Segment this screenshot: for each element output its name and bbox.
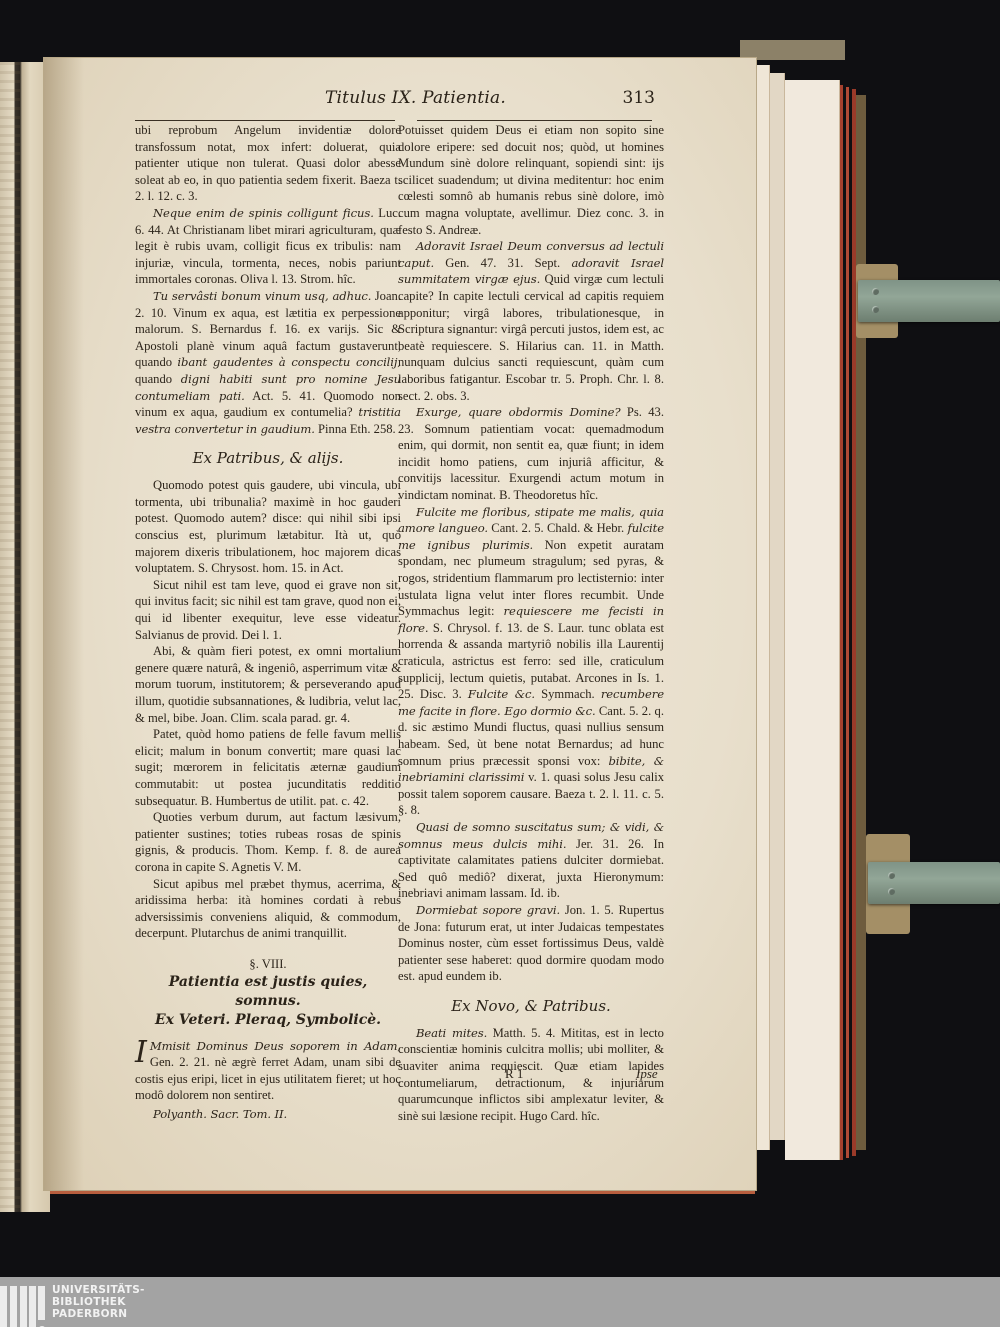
left-column: ubi reprobum Angelum invidentiæ dolore t… bbox=[135, 122, 401, 1122]
paragraph: Beati mites. Matth. 5. 4. Mititas, est i… bbox=[398, 1025, 664, 1125]
catchword: Ipse bbox=[636, 1066, 658, 1082]
library-footer-bar: UNIVERSITÄTS- BIBLIOTHEK PADERBORN bbox=[0, 1277, 1000, 1327]
section-title: Patientia est justis quies, somnus. bbox=[135, 973, 401, 1011]
section-heading: Ex Patribus, & alijs. bbox=[135, 448, 401, 468]
running-title: Titulus IX. Patientia. bbox=[325, 88, 506, 108]
right-page-stack bbox=[740, 55, 860, 1180]
left-page-edges bbox=[0, 62, 50, 1212]
paragraph: Potuisset quidem Deus ei etiam non sopit… bbox=[398, 122, 664, 238]
paragraph: IMmisit Dominus Deus soporem in Adam, Ge… bbox=[135, 1038, 401, 1104]
paragraph: Quasi de somno suscitatus sum; & vidi, &… bbox=[398, 819, 664, 902]
section-number: §. VIII. bbox=[135, 956, 401, 973]
head-rule bbox=[135, 120, 395, 121]
drop-cap: I bbox=[135, 1040, 147, 1066]
section-heading: Ex Novo, & Patribus. bbox=[398, 996, 664, 1016]
paragraph: Adoravit Israel Deum conversus ad lectul… bbox=[398, 238, 664, 404]
paragraph: Fulcite me floribus, stipate me malis, q… bbox=[398, 504, 664, 819]
clasp-strap-top bbox=[858, 280, 1000, 322]
rivet-icon bbox=[888, 888, 895, 895]
rivet-icon bbox=[872, 288, 879, 295]
rivet-icon bbox=[872, 306, 879, 313]
paragraph: Quoties verbum durum, aut factum læsivum… bbox=[135, 809, 401, 875]
paragraph: Quomodo potest quis gaudere, ubi vincula… bbox=[135, 477, 401, 577]
clasp-strap-bottom bbox=[868, 862, 1000, 904]
section-subtitle: Ex Veteri. Pleraq, Symbolicè. bbox=[135, 1011, 401, 1030]
library-logo-text: UNIVERSITÄTS- BIBLIOTHEK PADERBORN bbox=[52, 1284, 145, 1320]
red-page-edge bbox=[840, 85, 843, 1160]
rivet-icon bbox=[888, 872, 895, 879]
running-head: Titulus IX. Patientia. 313 bbox=[135, 88, 655, 122]
paragraph: Dormiebat sopore gravi. Jon. 1. 5. Ruper… bbox=[398, 902, 664, 985]
paragraph: Exurge, quare obdormis Domine? Ps. 43. 2… bbox=[398, 404, 664, 504]
source-citation: Polyanth. Sacr. Tom. II. bbox=[135, 1106, 401, 1123]
page-number: 313 bbox=[623, 88, 655, 108]
paragraph: ubi reprobum Angelum invidentiæ dolore t… bbox=[135, 122, 401, 205]
right-column: Potuisset quidem Deus ei etiam non sopit… bbox=[398, 122, 664, 1124]
paragraph: Abi, & quàm fieri potest, ex omni mortal… bbox=[135, 643, 401, 726]
paragraph: Patet, quòd homo patiens de felle favum … bbox=[135, 726, 401, 809]
book-cover-edge bbox=[856, 95, 866, 1150]
paragraph: Neque enim de spinis colligunt ficus. Lu… bbox=[135, 205, 401, 288]
paragraph: Tu servâsti bonum vinum usq, adhuc. Joan… bbox=[135, 288, 401, 437]
head-rule bbox=[417, 120, 652, 121]
page-edge bbox=[785, 80, 840, 1160]
paragraph: Sicut apibus mel præbet thymus, acerrima… bbox=[135, 876, 401, 942]
paragraph: Sicut nihil est tam leve, quod ei grave … bbox=[135, 577, 401, 643]
page-edge bbox=[770, 73, 785, 1140]
red-page-edge bbox=[846, 87, 849, 1158]
signature-mark: R 1 bbox=[505, 1066, 523, 1082]
